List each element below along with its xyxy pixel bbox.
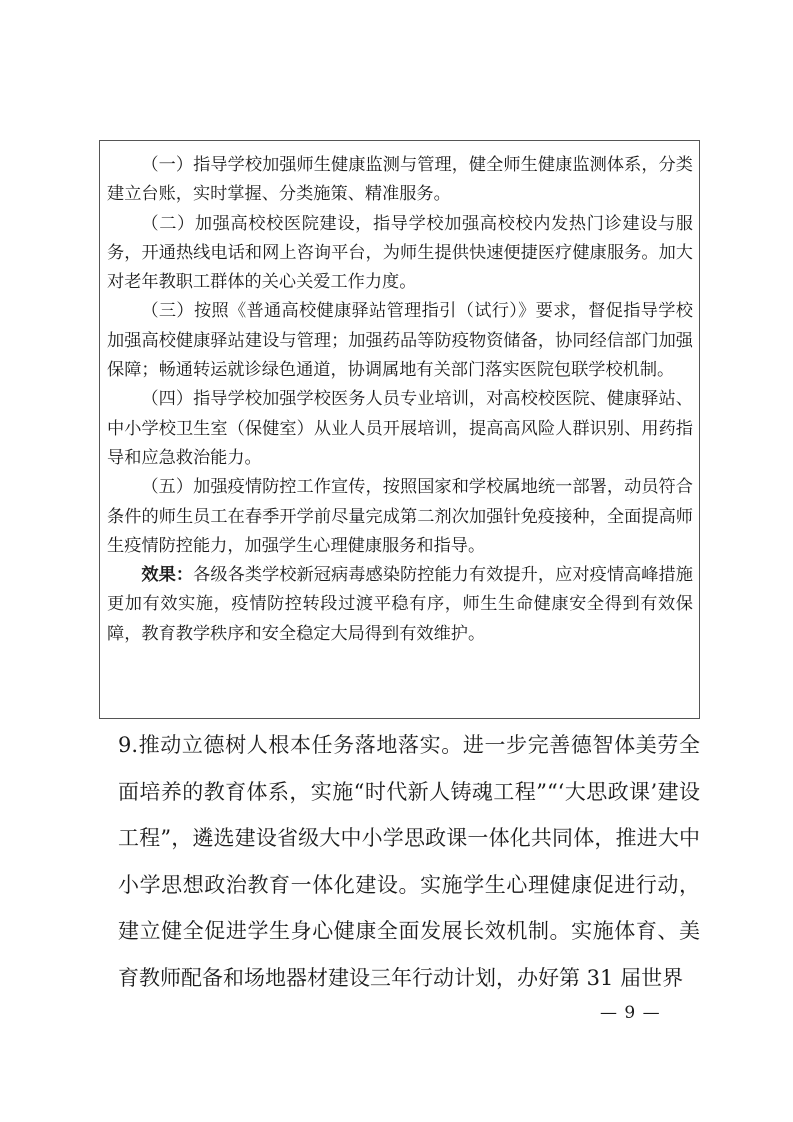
page-number: — 9 — (600, 1003, 661, 1023)
effect-text: 各级各类学校新冠病毒感染防控能力有效提升，应对疫情高峰措施更加有效实施，疫情防控… (107, 565, 693, 644)
measure-5: （五）加强疫情防控工作宣传，按照国家和学校属地统一部署，动员符合条件的师生员工在… (107, 473, 693, 561)
measure-3: （三）按照《普通高校健康驿站管理指引（试行）》要求，督促指导学校加强高校健康驿站… (107, 297, 693, 385)
measures-box: （一）指导学校加强师生健康监测与管理，健全师生健康监测体系，分类建立台账，实时掌… (99, 140, 700, 719)
effect-paragraph: 效果：各级各类学校新冠病毒感染防控能力有效提升，应对疫情高峰措施更加有效实施，疫… (107, 561, 693, 649)
measure-2: （二）加强高校校医院建设，指导学校加强高校校内发热门诊建设与服务，开通热线电话和… (107, 210, 693, 298)
measure-1: （一）指导学校加强师生健康监测与管理，健全师生健康监测体系，分类建立台账，实时掌… (107, 151, 693, 210)
measure-4: （四）指导学校加强学校医务人员专业培训，对高校校医院、健康驿站、中小学校卫生室（… (107, 385, 693, 473)
effect-label: 效果： (141, 565, 193, 585)
body-section: 9.推动立德树人根本任务落地落实。进一步完善德智体美劳全面培养的教育体系，实施“… (118, 722, 700, 1001)
body-paragraph-9: 9.推动立德树人根本任务落地落实。进一步完善德智体美劳全面培养的教育体系，实施“… (118, 722, 700, 1001)
